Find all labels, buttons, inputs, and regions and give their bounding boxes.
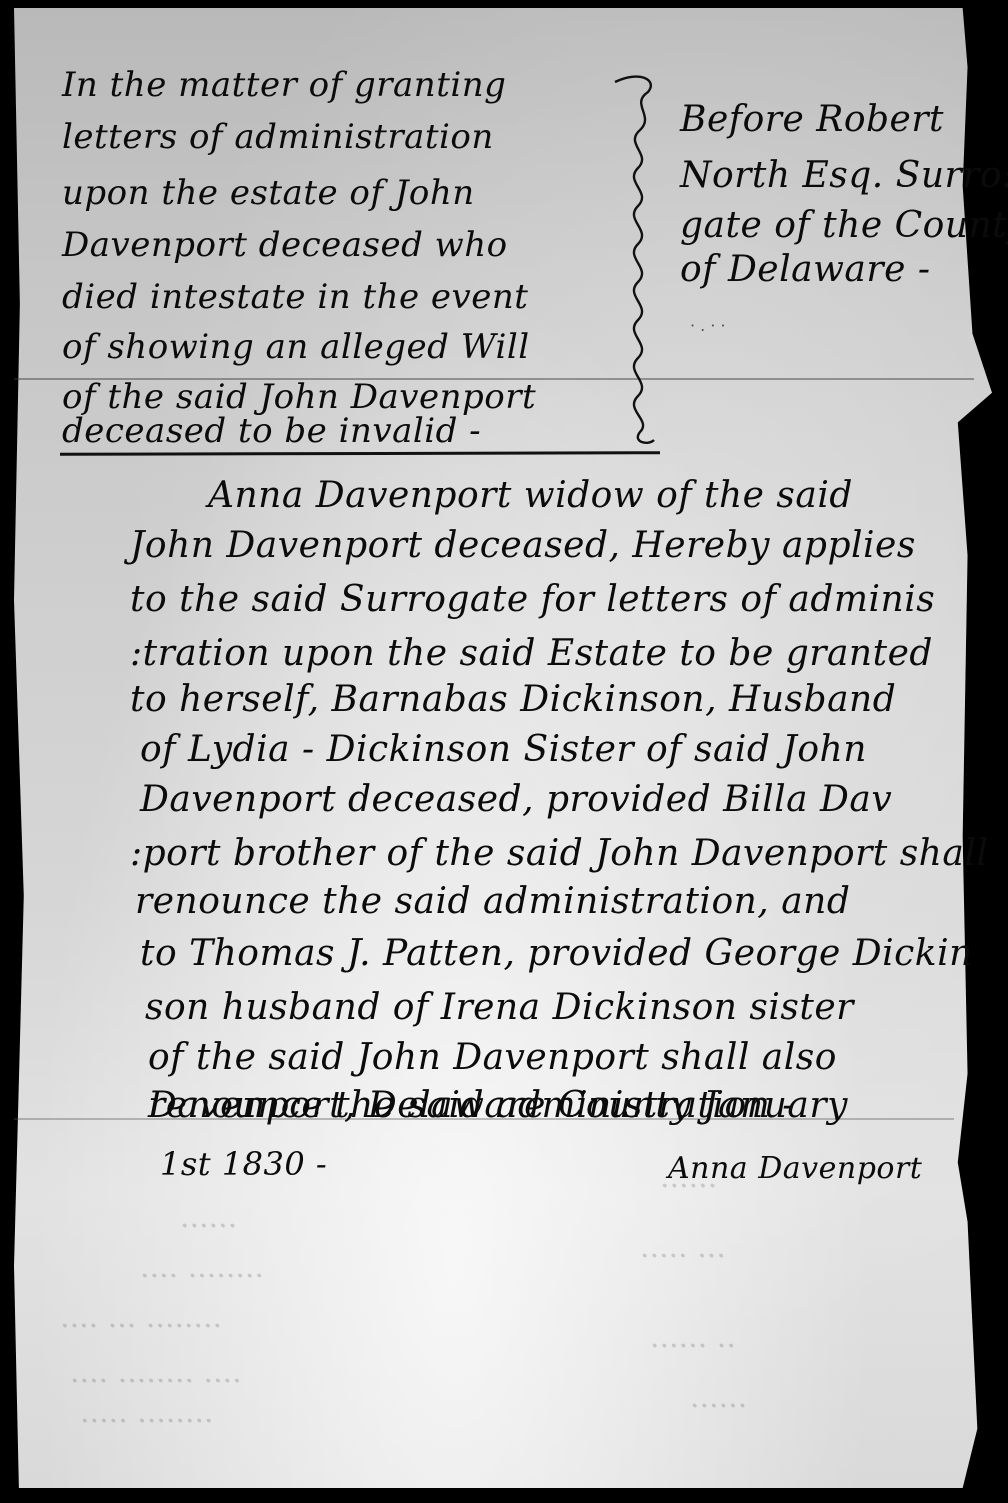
caption-line: Davenport deceased who [62,228,508,262]
bleed-line: ........ ... .... [60,1300,222,1335]
body-line: John Davenport deceased, Hereby applies [130,528,916,564]
body-line: to herself, Barnabas Dickinson, Husband [130,682,896,718]
bleed-line: ...... [180,1200,237,1235]
body-line: Davenport deceased, provided Billa Dav [140,782,892,818]
caption-line: letters of administration [62,120,494,154]
caption-line: of showing an alleged Will [62,330,530,364]
body-line: of the said John Davenport shall also [148,1040,837,1076]
court-line: Before Robert [680,102,944,138]
body-line: Davenport, Delaware County January [148,1088,848,1124]
caption-line: of the said John Davenport [62,380,536,414]
bleed-line: ........ .... [140,1250,264,1285]
bleed-line: .... ........ .... [70,1355,242,1390]
court-line: of Delaware - [680,252,930,288]
caption-line: died intestate in the event [62,280,528,314]
caption-line: deceased to be invalid - [62,414,481,448]
caption-line: upon the estate of John [62,176,475,210]
bleed-line: ...... [660,1160,717,1195]
body-line: to the said Surrogate for letters of adm… [130,582,935,618]
body-line: :tration upon the said Estate to be gran… [130,636,933,672]
body-line: of Lydia - Dickinson Sister of said John [140,732,867,768]
body-line: :port brother of the said John Davenport… [130,836,988,872]
caption-line: In the matter of granting [62,68,506,102]
document-date: 1st 1830 - [160,1148,327,1180]
bleed-line: ... ..... [640,1230,726,1265]
court-line: North Esq. Surro: [680,158,1008,194]
body-line: renounce the said administration, and [135,884,850,920]
court-line: gate of the County [680,208,1008,244]
ink-speck: · . · · [690,316,726,335]
bleed-line: .. ...... [650,1320,736,1355]
body-line: son husband of Irena Dickinson sister [145,990,854,1026]
wavy-brace-icon [610,70,660,450]
bleed-line: ...... [690,1380,747,1415]
body-line: to Thomas J. Patten, provided George Dic… [140,936,973,972]
body-line: Anna Davenport widow of the said [208,478,853,514]
bleed-line: ........ ..... [80,1395,214,1430]
